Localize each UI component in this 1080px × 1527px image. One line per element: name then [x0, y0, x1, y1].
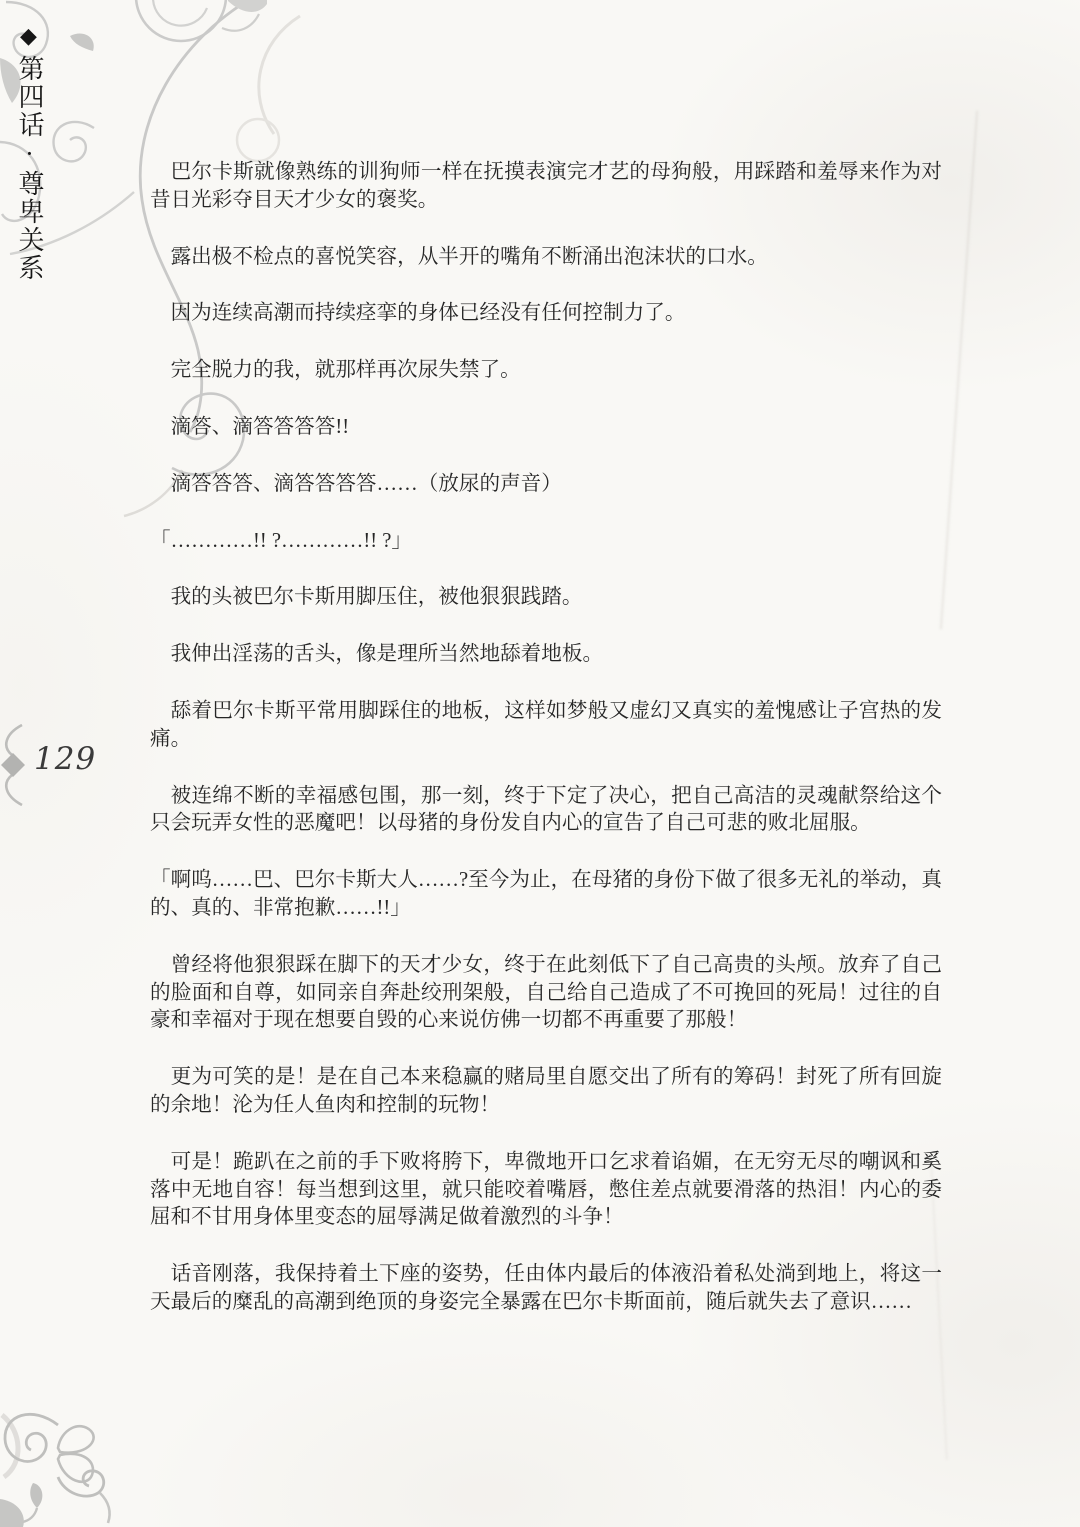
chapter-title: 第四话·尊卑关系 [16, 55, 42, 282]
paragraph: 我的头被巴尔卡斯用脚压住，被他狠狠践踏。 [150, 584, 942, 612]
diamond-icon: ◆ [18, 24, 40, 49]
paragraph-list: 巴尔卡斯就像熟练的训狗师一样在抚摸表演完才艺的母狗般，用踩踏和羞辱来作为对昔日光… [150, 159, 942, 1346]
paragraph: 曾经将他狠狠踩在脚下的天才少女，终于在此刻低下了自己高贵的头颅。放弃了自己的脸面… [150, 952, 942, 1035]
page-number: 129 [34, 741, 96, 777]
page-number-ornament-icon [0, 724, 28, 806]
paragraph: 露出极不检点的喜悦笑容，从半开的嘴角不断涌出泡沫状的口水。 [150, 244, 942, 272]
paragraph: 更为可笑的是！是在自己本来稳赢的赌局里自愿交出了所有的筹码！封死了所有回旋的余地… [150, 1064, 942, 1120]
paper-crease [940, 111, 978, 630]
paragraph: 被连绵不断的幸福感包围，那一刻，终于下定了决心，把自己高洁的灵魂献祭给这个只会玩… [150, 783, 942, 839]
paragraph: 可是！跪趴在之前的手下败将胯下，卑微地开口乞求着谄媚，在无穷无尽的嘲讽和奚落中无… [150, 1149, 942, 1232]
flourish-bottom-left-icon [0, 1387, 130, 1527]
book-page: { "page": { "number": "129", "background… [0, 0, 1080, 1527]
paragraph: 完全脱力的我，就那样再次尿失禁了。 [150, 357, 942, 385]
paragraph: 我伸出淫荡的舌头，像是理所当然地舔着地板。 [150, 641, 942, 669]
paragraph: 话音刚落，我保持着土下座的姿势，任由体内最后的体液沿着私处淌到地上，将这一天最后… [150, 1261, 942, 1317]
paragraph: 因为连续高潮而持续痉挛的身体已经没有任何控制力了。 [150, 300, 942, 328]
paragraph: 滴答、滴答答答答!! [150, 414, 942, 442]
paragraph: 「啊呜……巴、巴尔卡斯大人……?至今为止，在母猪的身份下做了很多无礼的举动，真的… [150, 867, 942, 923]
paragraph: 「…………!! ?…………!! ?」 [150, 528, 942, 556]
paragraph: 舔着巴尔卡斯平常用脚踩住的地板，这样如梦般又虚幻又真实的羞愧感让子宫热的发痛。 [150, 698, 942, 754]
paragraph: 巴尔卡斯就像熟练的训狗师一样在抚摸表演完才艺的母狗般，用踩踏和羞辱来作为对昔日光… [150, 159, 942, 215]
chapter-sidebar: ◆ 第四话·尊卑关系 [16, 24, 42, 282]
paragraph: 滴答答答、滴答答答答……（放尿的声音） [150, 471, 942, 499]
